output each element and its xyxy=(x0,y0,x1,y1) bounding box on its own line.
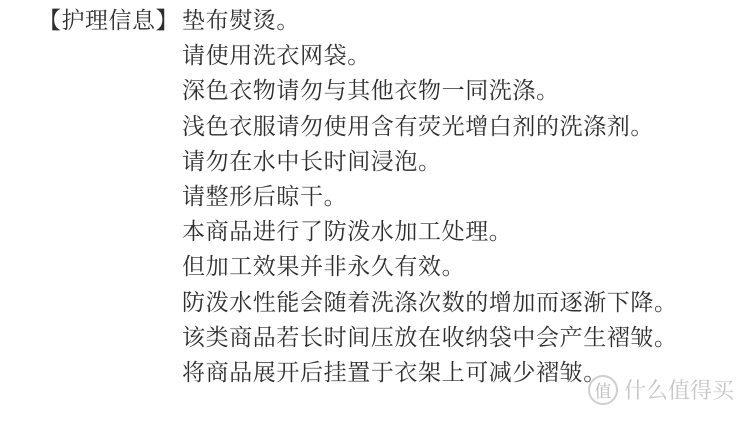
care-line-reshape-dry: 请整形后晾干。 xyxy=(182,180,678,215)
care-line-wrinkle-warning: 该类商品若长时间压放在收纳袋中会产生褶皱。 xyxy=(182,321,678,356)
care-info-label: 【护理信息】 xyxy=(38,4,179,39)
care-info-list: 垫布熨烫。 请使用洗衣网袋。 深色衣物请勿与其他衣物一同洗涤。 浅色衣服请勿使用… xyxy=(182,4,678,391)
care-line-performance-decline: 防泼水性能会随着洗涤次数的增加而逐渐下降。 xyxy=(182,286,678,321)
care-line-not-permanent: 但加工效果并非永久有效。 xyxy=(182,250,678,285)
care-line-water-repellent: 本商品进行了防泼水加工处理。 xyxy=(182,215,678,250)
care-line-no-soaking: 请勿在水中长时间浸泡。 xyxy=(182,145,678,180)
care-line-light-colors: 浅色衣服请勿使用含有荧光增白剂的洗涤剂。 xyxy=(182,110,678,145)
care-line-hang-to-reduce-wrinkles: 将商品展开后挂置于衣架上可减少褶皱。 xyxy=(182,356,678,391)
care-line-dark-colors: 深色衣物请勿与其他衣物一同洗涤。 xyxy=(182,74,678,109)
care-line-ironing: 垫布熨烫。 xyxy=(182,4,678,39)
care-line-laundry-net: 请使用洗衣网袋。 xyxy=(182,39,678,74)
